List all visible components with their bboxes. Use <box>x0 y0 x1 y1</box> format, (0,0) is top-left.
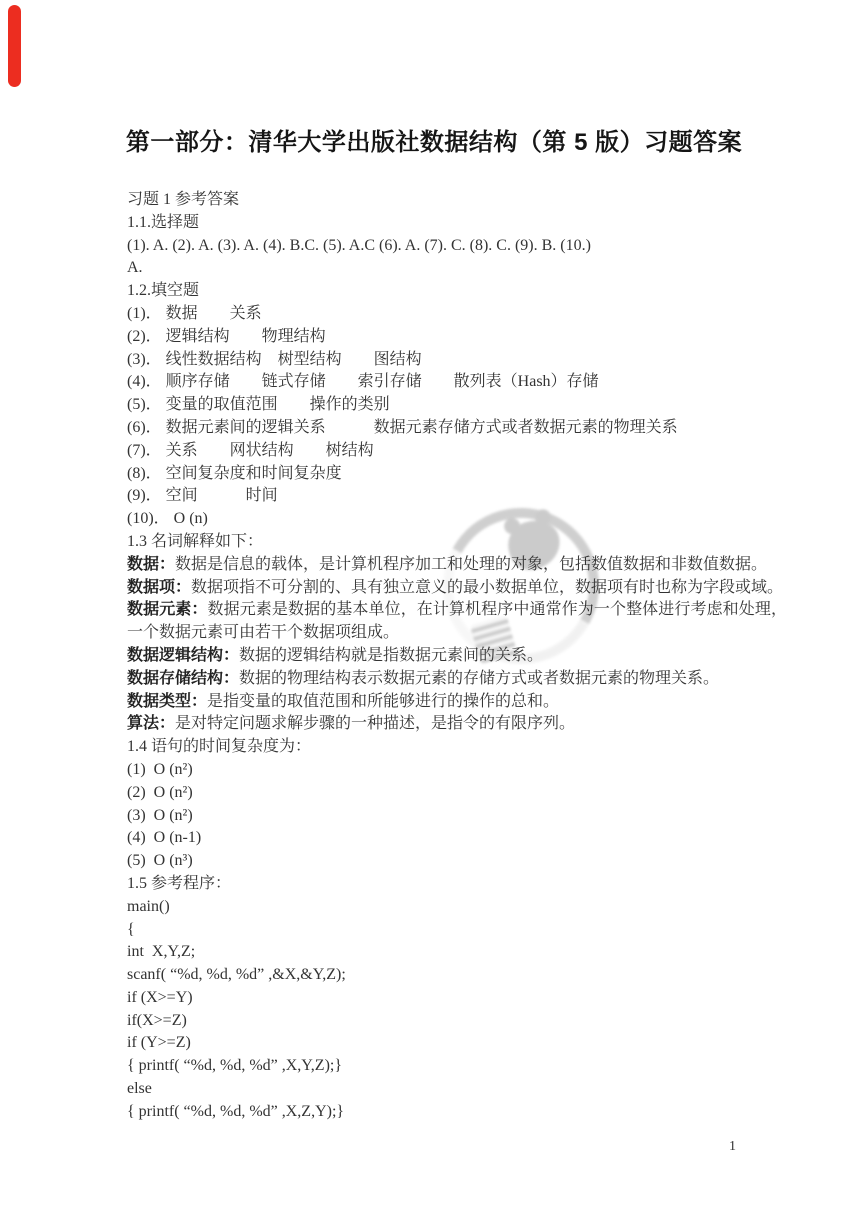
definition-text: 数据项指不可分割的、具有独立意义的最小数据单位，数据项有时也称为字段或域。 <box>191 579 783 596</box>
code-line: main() <box>127 896 787 919</box>
definition-term: 数据元素： <box>127 601 208 618</box>
code-line: if (X>=Y) <box>127 987 787 1010</box>
complexity-lines: (1) O (n²)(2) O (n²)(3) O (n²)(4) O (n-1… <box>127 759 787 873</box>
code-line: { <box>127 919 787 942</box>
definition-line: 算法：是对特定问题求解步骤的一种描述，是指令的有限序列。 <box>127 713 787 736</box>
code-block: main(){int X,Y,Z;scanf( “%d, %d, %d” ,&X… <box>127 896 787 1124</box>
code-line: { printf( “%d, %d, %d” ,X,Z,Y);} <box>127 1101 787 1124</box>
definition-term: 数据存储结构： <box>127 670 239 687</box>
definition-text: 数据是信息的载体，是计算机程序加工和处理的对象，包括数值数据和非数值数据。 <box>175 556 767 573</box>
definition-text: 是指变量的取值范围和所能够进行的操作的总和。 <box>207 693 559 710</box>
fill-blank-line: (10)． O (n) <box>127 508 787 531</box>
definition-text: 数据的逻辑结构就是指数据元素间的关系。 <box>239 647 543 664</box>
fill-blank-line: (8)． 空间复杂度和时间复杂度 <box>127 463 787 486</box>
definition-line: 数据：数据是信息的载体，是计算机程序加工和处理的对象，包括数值数据和非数值数据。 <box>127 554 787 577</box>
choice-answer-line: A. <box>127 257 787 280</box>
code-line: scanf( “%d, %d, %d” ,&X,&Y,Z); <box>127 964 787 987</box>
definition-term: 算法： <box>127 715 175 732</box>
fill-blank-line: (2)． 逻辑结构 物理结构 <box>127 326 787 349</box>
definition-line: 数据元素：数据元素是数据的基本单位，在计算机程序中通常作为一个整体进行考虑和处理… <box>127 599 787 645</box>
code-line: if(X>=Z) <box>127 1010 787 1033</box>
fill-blank-line: (3)． 线性数据结构 树型结构 图结构 <box>127 349 787 372</box>
complexity-line: (1) O (n²) <box>127 759 787 782</box>
definition-line: 数据存储结构：数据的物理结构表示数据元素的存储方式或者数据元素的物理关系。 <box>127 668 787 691</box>
definition-text: 数据元素是数据的基本单位，在计算机程序中通常作为一个整体进行考虑和处理，一个数据… <box>127 601 787 641</box>
definition-list: 数据：数据是信息的载体，是计算机程序加工和处理的对象，包括数值数据和非数值数据。… <box>127 554 787 736</box>
definition-line: 数据类型：是指变量的取值范围和所能够进行的操作的总和。 <box>127 691 787 714</box>
definition-term: 数据： <box>127 556 175 573</box>
section-1-5-title: 1.5 参考程序： <box>127 873 787 896</box>
code-line: else <box>127 1078 787 1101</box>
fill-blank-line: (4)． 顺序存储 链式存储 索引存储 散列表（Hash）存储 <box>127 371 787 394</box>
definition-text: 数据的物理结构表示数据元素的存储方式或者数据元素的物理关系。 <box>239 670 719 687</box>
code-line: if (Y>=Z) <box>127 1032 787 1055</box>
choice-answer-line: (1). A. (2). A. (3). A. (4). B.C. (5). A… <box>127 235 787 258</box>
page-title: 第一部分：清华大学出版社数据结构（第 5 版）习题答案 <box>0 129 868 157</box>
definition-term: 数据类型： <box>127 693 207 710</box>
section-1-1-title: 1.1.选择题 <box>127 212 787 235</box>
document-body: 习题 1 参考答案 1.1.选择题 (1). A. (2). A. (3). A… <box>127 189 787 1124</box>
definition-term: 数据项： <box>127 579 191 596</box>
definition-text: 是对特定问题求解步骤的一种描述，是指令的有限序列。 <box>175 715 575 732</box>
fill-blank-lines: (1)． 数据 关系(2)． 逻辑结构 物理结构(3)． 线性数据结构 树型结构… <box>127 303 787 531</box>
section-1-2-title: 1.2.填空题 <box>127 280 787 303</box>
fill-blank-line: (7)． 关系 网状结构 树结构 <box>127 440 787 463</box>
section-1-3-title: 1.3 名词解释如下： <box>127 531 787 554</box>
definition-line: 数据逻辑结构：数据的逻辑结构就是指数据元素间的关系。 <box>127 645 787 668</box>
complexity-line: (5) O (n³) <box>127 850 787 873</box>
fill-blank-line: (6)． 数据元素间的逻辑关系 数据元素存储方式或者数据元素的物理关系 <box>127 417 787 440</box>
exercise-header: 习题 1 参考答案 <box>127 189 787 212</box>
fill-blank-line: (1)． 数据 关系 <box>127 303 787 326</box>
code-line: { printf( “%d, %d, %d” ,X,Y,Z);} <box>127 1055 787 1078</box>
complexity-line: (4) O (n-1) <box>127 827 787 850</box>
section-1-4-title: 1.4 语句的时间复杂度为： <box>127 736 787 759</box>
fill-blank-line: (9)． 空间 时间 <box>127 485 787 508</box>
page-number: 1 <box>729 1138 736 1156</box>
complexity-line: (3) O (n²) <box>127 805 787 828</box>
definition-term: 数据逻辑结构： <box>127 647 239 664</box>
choice-answer-lines: (1). A. (2). A. (3). A. (4). B.C. (5). A… <box>127 235 787 281</box>
corner-marker <box>8 5 21 87</box>
definition-line: 数据项：数据项指不可分割的、具有独立意义的最小数据单位，数据项有时也称为字段或域… <box>127 577 787 600</box>
code-line: int X,Y,Z; <box>127 941 787 964</box>
fill-blank-line: (5)． 变量的取值范围 操作的类别 <box>127 394 787 417</box>
complexity-line: (2) O (n²) <box>127 782 787 805</box>
